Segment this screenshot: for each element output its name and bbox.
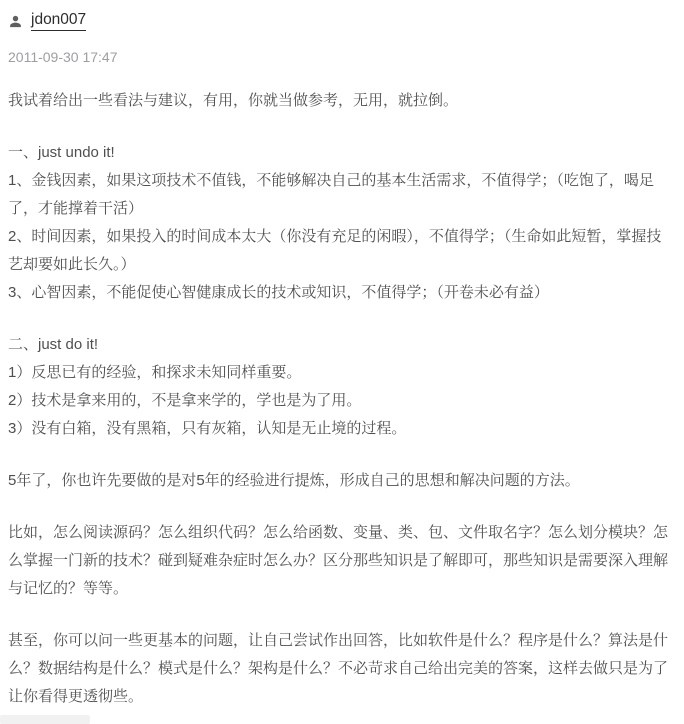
post-body: 我试着给出一些看法与建议，有用，你就当做参考，无用，就拉倒。 一、just un… (8, 87, 670, 711)
post-paragraph: 一、just undo it! 1、金钱因素，如果这项技术不值钱，不能够解决自己… (8, 139, 670, 307)
author-link[interactable]: jdon007 (31, 11, 86, 31)
bottom-divider-fragment (0, 715, 90, 724)
post-header: jdon007 (8, 11, 670, 31)
post-paragraph: 二、just do it! 1）反思已有的经验，和探求未知同样重要。 2）技术是… (8, 331, 670, 443)
post-paragraph: 5年了，你也许先要做的是对5年的经验进行提炼，形成自己的思想和解决问题的方法。 (8, 467, 670, 495)
post-timestamp: 2011-09-30 17:47 (8, 48, 670, 66)
comment-post: jdon007 2011-09-30 17:47 我试着给出一些看法与建议，有用… (0, 0, 684, 711)
post-paragraph: 我试着给出一些看法与建议，有用，你就当做参考，无用，就拉倒。 (8, 87, 670, 115)
post-paragraph: 比如，怎么阅读源码？怎么组织代码？怎么给函数、变量、类、包、文件取名字？怎么划分… (8, 519, 670, 603)
post-paragraph: 甚至，你可以问一些更基本的问题，让自己尝试作出回答，比如软件是什么？程序是什么？… (8, 627, 670, 711)
person-icon (8, 14, 23, 29)
